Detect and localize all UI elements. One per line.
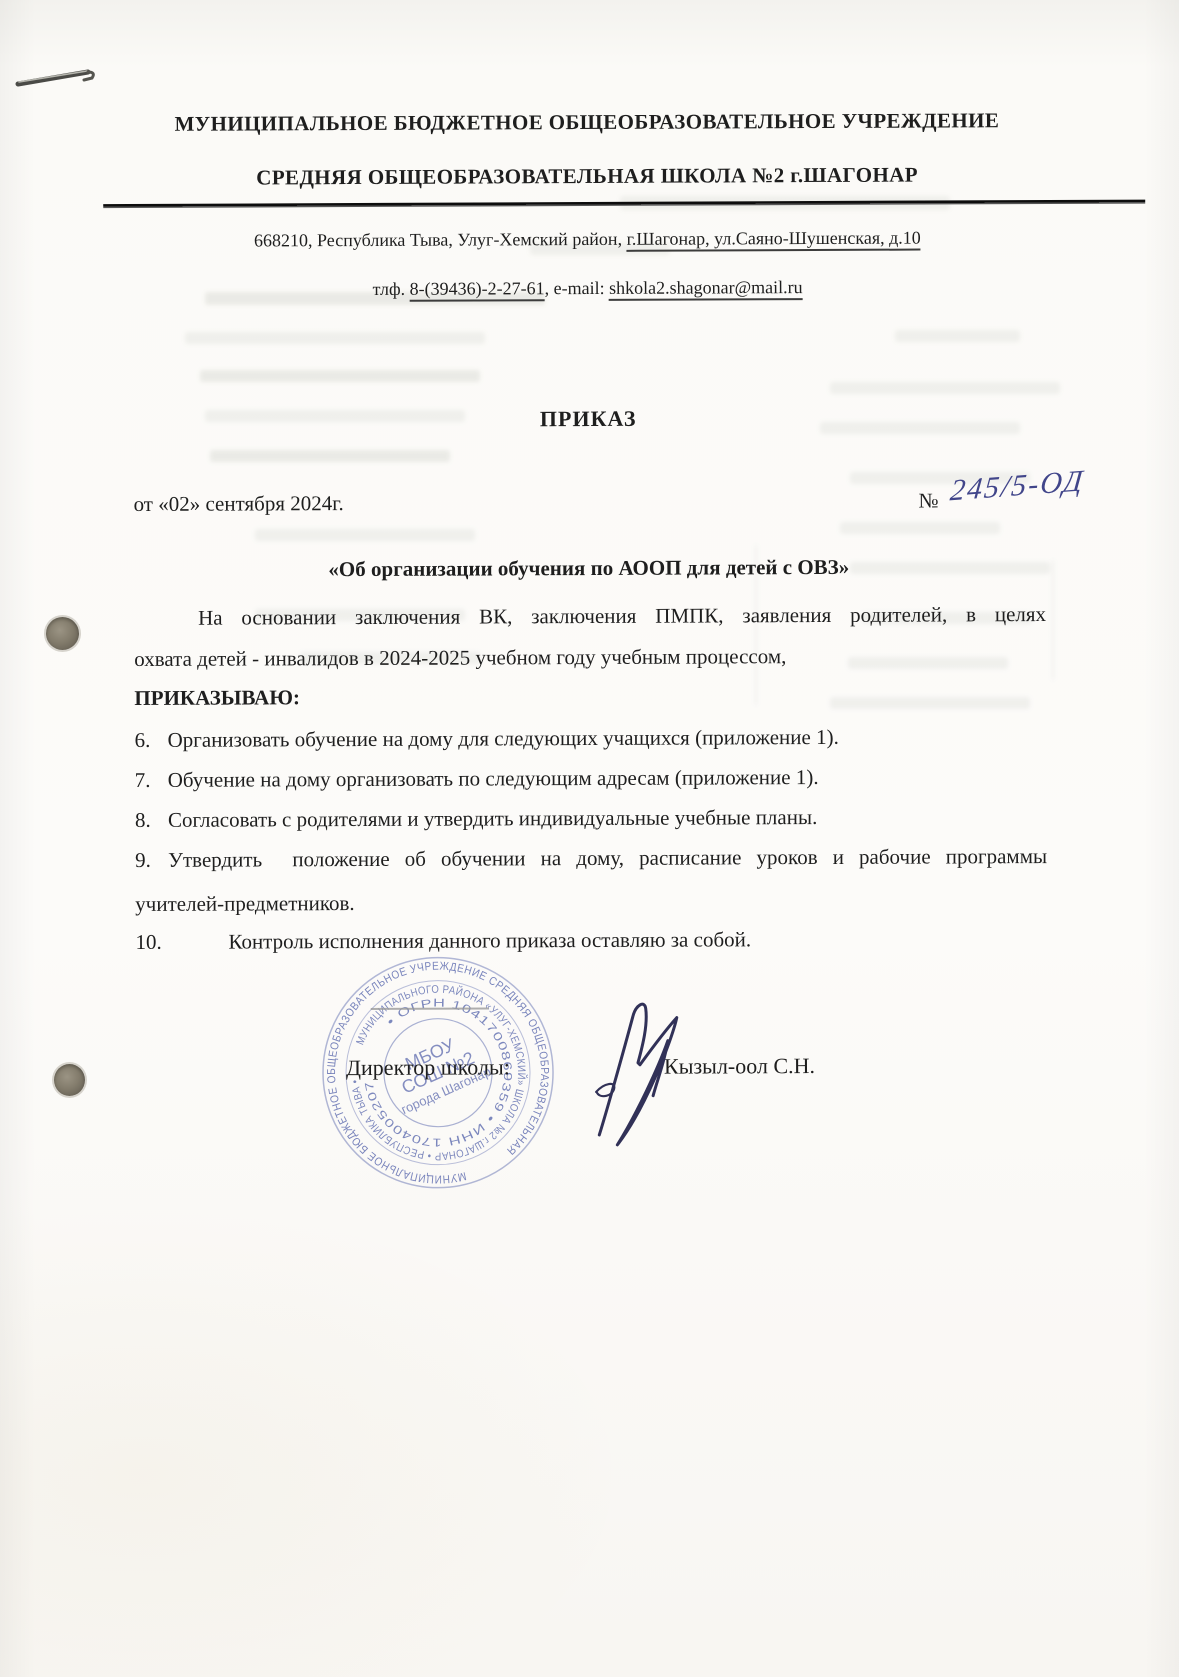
item-9-number: 9.: [135, 848, 168, 873]
item-9-text-line1: Утвердить положение об обучении на дому,…: [168, 844, 1047, 872]
org-address-line: 668210, Республика Тыва, Улуг-Хемский ра…: [57, 227, 1117, 253]
doc-subject: «Об организации обучения по АООП для дет…: [59, 554, 1119, 584]
item-8-number: 8.: [135, 808, 168, 833]
doc-type-title: ПРИКАЗ: [58, 404, 1118, 435]
org-contact-line: тлф. 8-(39436)-2-27-61, e-mail: shkola2.…: [58, 276, 1118, 302]
item-10-number: 10.: [135, 930, 228, 955]
phone-number: 8-(39436)-2-27-61: [410, 278, 545, 302]
order-number-handwritten: 245/5-ОД: [949, 464, 1086, 508]
item-6-text: Организовать обучение на дому для следую…: [168, 725, 839, 752]
letterhead-divider: [103, 200, 1145, 209]
item-10-text: Контроль исполнения данного приказа оста…: [228, 927, 751, 953]
address-underlined: г.Шагонар, ул.Саяно-Шушенская, д.10: [627, 228, 921, 252]
item-6-number: 6.: [135, 728, 168, 753]
resolve-keyword: ПРИКАЗЫВАЮ:: [134, 685, 300, 711]
order-item-8: 8.Согласовать с родителями и утвердить и…: [135, 804, 1047, 833]
number-sign: №: [918, 488, 938, 513]
item-7-number: 7.: [135, 768, 168, 793]
item-7-text: Обучение на дому организовать по следующ…: [168, 765, 819, 792]
order-item-10: 10.Контроль исполнения данного приказа о…: [135, 926, 1047, 955]
item-8-text: Согласовать с родителями и утвердить инд…: [168, 805, 817, 832]
scanned-document-page: МУНИЦИПАЛЬНОЕ БЮДЖЕТНОЕ ОБЩЕОБРАЗОВАТЕЛЬ…: [0, 0, 1179, 1677]
order-item-7: 7.Обучение на дому организовать по следу…: [135, 764, 1047, 793]
signature-role-label: Директор школы:: [346, 1054, 510, 1081]
org-name-line1: МУНИЦИПАЛЬНОЕ БЮДЖЕТНОЕ ОБЩЕОБРАЗОВАТЕЛЬ…: [57, 108, 1117, 138]
email-label: , e-mail:: [545, 278, 610, 298]
email-text: shkola2.shagonar@mail.ru: [609, 277, 803, 301]
order-item-6: 6.Организовать обучение на дому для след…: [135, 724, 1047, 753]
org-name-line2: СРЕДНЯЯ ОБЩЕОБРАЗОВАТЕЛЬНАЯ ШКОЛА №2 г.Ш…: [57, 162, 1117, 192]
preamble-line1: На основании заключения ВК, заключения П…: [134, 602, 1046, 631]
preamble-line2: охвата детей - инвалидов в 2024-2025 уче…: [134, 644, 786, 672]
phone-label: тлф.: [373, 279, 410, 299]
handwritten-signature: [576, 995, 702, 1156]
address-prefix: 668210, Республика Тыва, Улуг-Хемский ра…: [254, 229, 627, 251]
date-line: от «02» сентября 2024г.: [133, 491, 343, 517]
order-item-9-continuation: учителей-предметников.: [135, 891, 354, 917]
order-item-9: 9.Утвердить положение об обучении на дом…: [135, 844, 1047, 873]
